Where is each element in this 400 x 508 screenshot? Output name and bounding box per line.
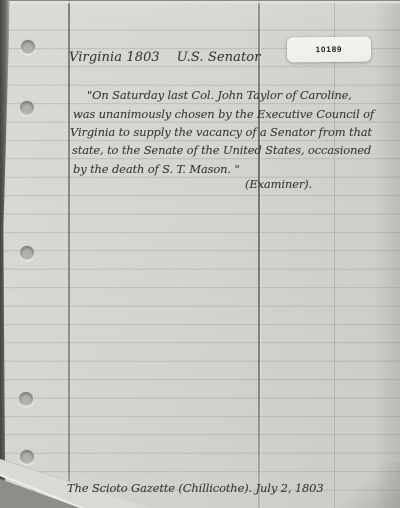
faint-crease-line <box>334 0 335 508</box>
catalog-number-label: 10189 <box>287 37 371 63</box>
punch-hole <box>19 392 33 406</box>
body-line: by the death of S. T. Mason. " <box>73 162 240 176</box>
right-edge-shadow <box>374 0 400 508</box>
citation-text: The Scioto Gazette (Chillicothe). July 2… <box>67 481 324 495</box>
margin-line <box>68 0 70 508</box>
attribution-text: (Examiner). <box>245 177 312 191</box>
punch-hole <box>20 450 34 464</box>
center-fold-highlight <box>260 0 261 508</box>
folded-corner <box>0 0 400 508</box>
body-line: "On Saturday last Col. John Taylor of Ca… <box>87 88 352 102</box>
paper-noise-texture <box>0 0 400 508</box>
page-top-edge <box>0 0 400 4</box>
corner-under-shadow <box>0 0 400 508</box>
punch-hole <box>21 40 35 54</box>
heading-text: Virginia 1803 U.S. Senator <box>69 50 261 65</box>
ruled-lines <box>0 0 400 508</box>
body-line: was unanimously chosen by the Executive … <box>73 107 374 121</box>
punch-hole <box>20 101 34 115</box>
center-fold-line <box>258 0 261 508</box>
punch-hole <box>20 246 34 260</box>
body-line: state, to the Senate of the United State… <box>72 143 371 157</box>
scanned-document-page: 10189 Virginia 1803 U.S. Senator "On Sat… <box>0 0 400 508</box>
body-line: Virginia to supply the vacancy of a Sena… <box>70 125 372 139</box>
catalog-number-text: 10189 <box>316 45 343 54</box>
page-left-edge <box>0 0 10 508</box>
bottom-right-shadow <box>330 462 400 508</box>
paper-background <box>0 0 400 508</box>
